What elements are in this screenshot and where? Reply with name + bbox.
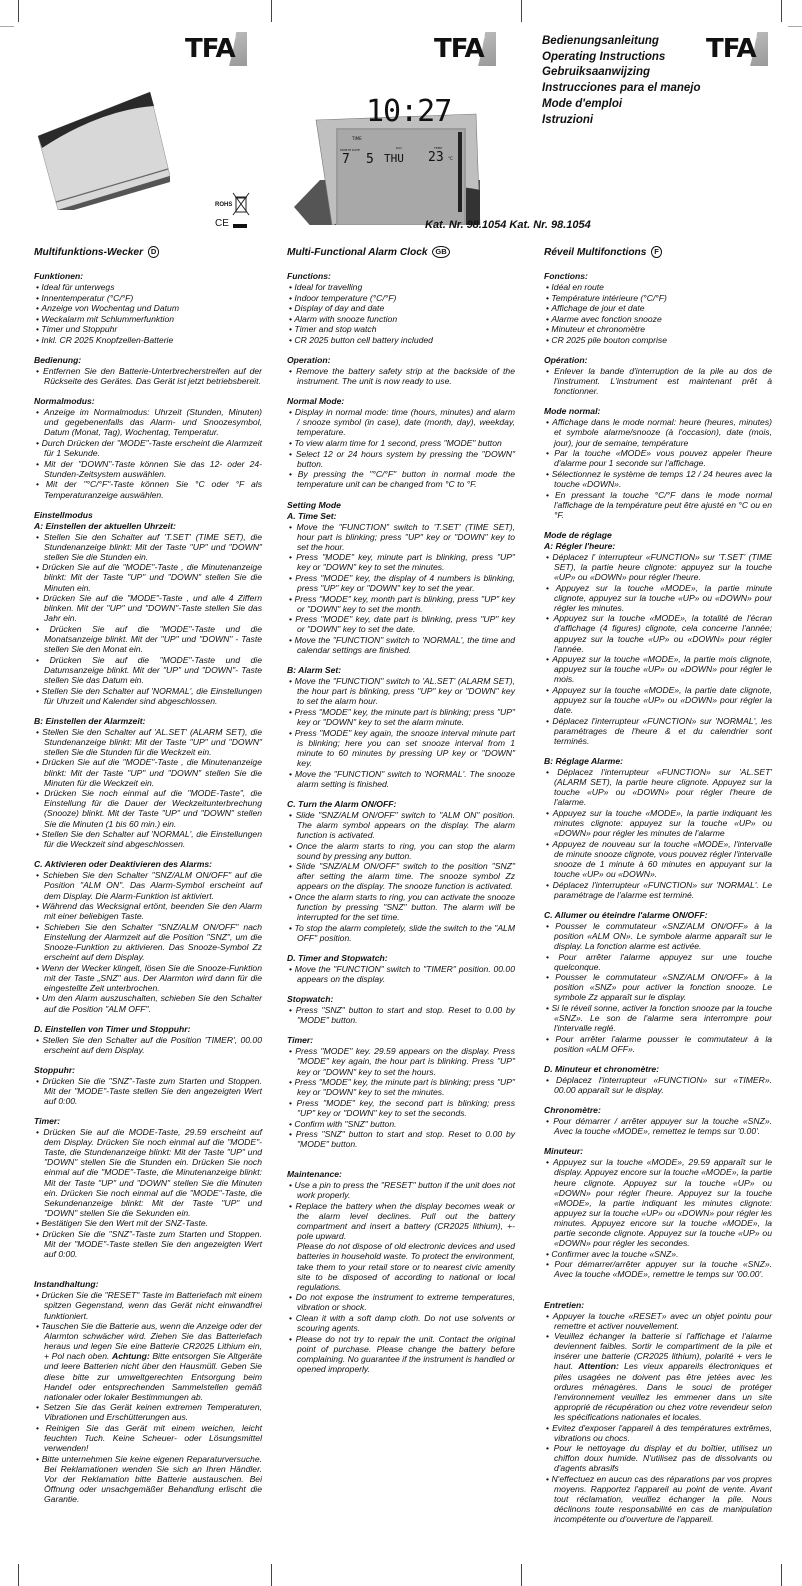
list-item: Bestätigen Sie den Wert mit der SNZ-Tast… — [34, 1218, 262, 1228]
list-item: Display in normal mode: time (hours, min… — [287, 407, 515, 437]
list-item: Press "MODE" key, the display of 4 numbe… — [287, 573, 515, 593]
weee-bar — [233, 224, 247, 228]
list-item: Bitte unternehmen Sie keine eigenen Repa… — [34, 1454, 262, 1504]
lcd-date: 5 — [366, 152, 374, 167]
list-item: Press "SNZ" button to start and stop. Re… — [287, 1005, 515, 1025]
list-item: Drücken Sie die "SNZ"-Taste zum Starten … — [34, 1076, 262, 1106]
lcd-month: 7 — [342, 152, 350, 167]
list-item: Please do not try to repair the unit. Co… — [287, 1334, 515, 1374]
list: Display in normal mode: time (hours, min… — [287, 407, 515, 489]
language-badge: D — [148, 246, 159, 258]
list-item: Ideal für unterwegs — [34, 282, 262, 292]
list-item: Sélectionnez le système de temps 12 / 24… — [544, 469, 772, 489]
lcd-time-label: TIME — [352, 136, 362, 141]
crop-mark — [271, 1564, 272, 1586]
list-item: Remove the battery safety strip at the b… — [287, 366, 515, 386]
closed-clock-image — [30, 92, 170, 210]
heading: Entretien: — [544, 1300, 772, 1311]
feature-list: Ideal for travelling Indoor temperature … — [287, 282, 515, 345]
list-item: Idéal en route — [544, 282, 772, 292]
list-item: Drücken Sie auf die "MODE"-Taste , die M… — [34, 757, 262, 787]
column-german: Multifunktions-Wecker D Funktionen: Idea… — [34, 246, 262, 1514]
list-item: Wenn der Wecker klingelt, lösen Sie die … — [34, 963, 262, 993]
list-item: Weckalarm mit Schlummerfunktion — [34, 314, 262, 324]
subheading: C. Turn the Alarm ON/OFF: — [287, 799, 515, 810]
list-item: Timer und Stoppuhr — [34, 324, 262, 334]
list: Slide "SNZ/ALM ON/OFF" switch to "ALM ON… — [287, 810, 515, 943]
list-item: Press "MODE" key, date part is blinking,… — [287, 614, 515, 634]
heading: Einstellmodus — [34, 510, 262, 521]
list-item: Setzen Sie das Gerät keinen extremen Tem… — [34, 1402, 262, 1422]
list-item: Appuyez sur la touche «MODE», 29.59 appa… — [544, 1157, 772, 1248]
subheading: Chronomètre: — [544, 1105, 772, 1116]
list-item: Pousser le commutateur «SNZ/ALM ON/OFF» … — [544, 921, 772, 951]
crop-mark — [521, 0, 522, 22]
list-item: Once the alarm starts to ring, you can a… — [287, 892, 515, 922]
list: Schieben Sie den Schalter "SNZ/ALM ON/OF… — [34, 870, 262, 1013]
list-item: Pour démarrer / arrêter appuyer sur la t… — [544, 1116, 772, 1136]
heading: Fonctions: — [544, 271, 772, 282]
weee-bin-icon — [232, 192, 250, 220]
subheading: D. Timer and Stopwatch: — [287, 953, 515, 964]
list-item: Display of day and date — [287, 303, 515, 313]
crop-mark — [18, 1564, 19, 1586]
title-en: Operating Instructions — [542, 50, 701, 66]
list-item: Stellen Sie den Schalter auf 'NORMAL', d… — [34, 829, 262, 849]
heading: Normalmodus: — [34, 396, 262, 407]
list-item: Move the "FUNCTION" switch to 'NORMAL', … — [287, 635, 515, 655]
list-item: Timer and stop watch — [287, 324, 515, 334]
list-item: Durch Drücken der "MODE"-Taste erscheint… — [34, 438, 262, 458]
feature-list: Idéal en route Température intérieure (°… — [544, 282, 772, 345]
list-item: Reinigen Sie das Gerät mit einem weichen… — [34, 1423, 262, 1453]
heading: Mode normal: — [544, 406, 772, 417]
list-item: Confirm with "SNZ" button. — [287, 1119, 515, 1129]
list-item: Déplacez l'interrupteur «FUNCTION» sur '… — [544, 716, 772, 746]
list-item: Replace the battery when the display bec… — [287, 1201, 515, 1292]
list-item: Drücken Sie noch einmal auf die "MODE-Ta… — [34, 788, 262, 828]
section-title: Multi-Functional Alarm Clock GB — [287, 246, 515, 259]
list-item: Pour le nettoyage du display et du boîti… — [544, 1443, 772, 1473]
list-item: Mit der "DOWN"-Taste können Sie das 12- … — [34, 459, 262, 479]
list-item: Indoor temperature (°C/°F) — [287, 293, 515, 303]
list-item: Déplacez l'interrupteur «FUNCTION» sur '… — [544, 880, 772, 900]
list-item: Appuyez sur la touche «MODE», la partie … — [544, 583, 772, 613]
lcd-date-label: DATE — [352, 148, 360, 152]
list: Stellen Sie den Schalter auf 'AL.SET' (A… — [34, 727, 262, 850]
list: Drücken Sie die "RESET" Taste im Batteri… — [34, 1290, 262, 1504]
list-item: Température intérieure (°C/°F) — [544, 293, 772, 303]
list: Use a pin to press the "RESET" button if… — [287, 1180, 515, 1374]
list-item: Stellen Sie den Schalter auf 'AL.SET' (A… — [34, 727, 262, 757]
list-item: Pour arrêter l'alarme appuyez sur une to… — [544, 952, 772, 972]
list-item: Mit der "°C/°F"-Taste können Sie °C oder… — [34, 479, 262, 499]
title-fr: Mode d'emploi — [542, 97, 701, 113]
subheading: C. Aktivieren oder Deaktivieren des Alar… — [34, 859, 262, 870]
subheading: D. Einstellen von Timer und Stoppuhr: — [34, 1024, 262, 1035]
list-item: Ideal for travelling — [287, 282, 515, 292]
subheading: B: Einstellen der Alarmzeit: — [34, 716, 262, 727]
subheading: D. Minuteur et chronomètre: — [544, 1064, 772, 1075]
heading: Opération: — [544, 355, 772, 366]
lcd-unit: °C — [448, 156, 453, 161]
list-item: Drücken Sie die "SNZ"-Taste zum Starten … — [34, 1229, 262, 1259]
list-item: Stellen Sie den Schalter auf 'T.SET' (TI… — [34, 532, 262, 562]
list-item: Par la touche «MODE» vous pouvez appeler… — [544, 448, 772, 468]
list-item: Affichage de jour et date — [544, 303, 772, 313]
list-item: Innentemperatur (°C/°F) — [34, 293, 262, 303]
list-item: Pour démarrer/arrêter appuyer sur la tou… — [544, 1259, 772, 1279]
tfa-logo: TFA® — [185, 32, 247, 66]
list-item: Appuyez de nouveau sur la touche «MODE»,… — [544, 839, 772, 879]
list-item: Pour arrêter l'alarme pousser le commuta… — [544, 1034, 772, 1054]
crop-mark — [0, 26, 14, 27]
column-english: Multi-Functional Alarm Clock GB Function… — [287, 246, 515, 1384]
list-item: Clean it with a soft damp cloth. Do not … — [287, 1313, 515, 1333]
list: Appuyer la touche «RESET» avec un objet … — [544, 1311, 772, 1525]
list: Move the "FUNCTION" switch to "TIMER" po… — [287, 964, 515, 984]
list-item: Anzeige von Wochentag und Datum — [34, 303, 262, 313]
subheading: A. Time Set: — [287, 511, 515, 522]
rohs-mark: ROHS — [215, 202, 232, 208]
list-item: Drücken Sie auf die "MODE"-Taste und die… — [34, 655, 262, 685]
list: Press "SNZ" button to start and stop. Re… — [287, 1005, 515, 1025]
list: Press "MODE" key. 29.59 appears on the d… — [287, 1046, 515, 1149]
subheading: A: Einstellen der aktuellen Uhrzeit: — [34, 521, 262, 532]
subheading: B: Réglage Alarme: — [544, 756, 772, 767]
list-item: Drücken Sie die "RESET" Taste im Batteri… — [34, 1290, 262, 1320]
list-item: Pousser le commutateur «SNZ/ALM ON/OFF» … — [544, 972, 772, 1002]
lcd-day: THU — [384, 152, 404, 165]
list-item: Move the "FUNCTION" switch to 'T.SET' (T… — [287, 522, 515, 552]
heading: Mode de réglage — [544, 530, 772, 541]
list-item: Press "MODE" key. 29.59 appears on the d… — [287, 1046, 515, 1076]
list-item: Um den Alarm auszuschalten, schieben Sie… — [34, 993, 262, 1013]
list-item: Déplacez l'interrupteur «FUNCTION» sur «… — [544, 1075, 772, 1095]
heading: Operation: — [287, 355, 515, 366]
subheading: Timer: — [34, 1116, 262, 1127]
list-item: CR 2025 pile bouton comprise — [544, 335, 772, 345]
list: Pour démarrer / arrêter appuyer sur la t… — [544, 1116, 772, 1136]
heading: Funktionen: — [34, 271, 262, 282]
heading: Bedienung: — [34, 355, 262, 366]
tfa-logo: TFA® — [706, 32, 768, 66]
list-item: Alarm with snooze function — [287, 314, 515, 324]
list-item: Drücken Sie auf die "MODE"-Taste , und a… — [34, 593, 262, 623]
list-item: Entfernen Sie den Batterie-Unterbrechers… — [34, 366, 262, 386]
subheading: B: Alarm Set: — [287, 665, 515, 676]
feature-list: Ideal für unterwegs Innentemperatur (°C/… — [34, 282, 262, 345]
title-de: Bedienungsanleitung — [542, 34, 701, 50]
list-item: Alarme avec fonction snooze — [544, 314, 772, 324]
list-item: Use a pin to press the "RESET" button if… — [287, 1180, 515, 1200]
list-item: Inkl. CR 2025 Knopfzellen-Batterie — [34, 335, 262, 345]
list-item: Do not expose the instrument to extreme … — [287, 1292, 515, 1312]
list-item: Slide "SNZ/ALM ON/OFF" switch to "ALM ON… — [287, 810, 515, 840]
crop-mark — [18, 0, 19, 22]
list: Drücken Sie die "SNZ"-Taste zum Starten … — [34, 1076, 262, 1106]
list-item: Veuillez échanger la batterie si l'affic… — [544, 1331, 772, 1422]
list: Appuyez sur la touche «MODE», 29.59 appa… — [544, 1157, 772, 1279]
subheading: Minuteur: — [544, 1146, 772, 1157]
subheading: Stopwatch: — [287, 994, 515, 1005]
subheading: C. Allumer ou éteindre l'alarme ON/OFF: — [544, 910, 772, 921]
list-item: Press "MODE" key again, the snooze inter… — [287, 728, 515, 768]
list: Déplacez l' interrupteur «FUNCTION» sur … — [544, 552, 772, 746]
list-item: To view alarm time for 1 second, press "… — [287, 438, 515, 448]
subheading: Stoppuhr: — [34, 1065, 262, 1076]
crop-mark — [271, 0, 272, 22]
crop-mark — [788, 26, 802, 27]
list-item: By pressing the "°C/°F" button in normal… — [287, 469, 515, 489]
list-item: Press "SNZ" button to start and stop. Re… — [287, 1129, 515, 1149]
tfa-logo: TFA® — [434, 32, 496, 66]
language-badge: F — [651, 246, 662, 258]
manual-titles: Bedienungsanleitung Operating Instructio… — [542, 34, 701, 128]
heading: Functions: — [287, 271, 515, 282]
list-item: Press "MODE" key, the second part is bli… — [287, 1098, 515, 1118]
list-item: Drücken Sie auf die "MODE"-Taste , die M… — [34, 562, 262, 592]
list: Stellen Sie den Schalter auf 'T.SET' (TI… — [34, 532, 262, 706]
language-badge: GB — [432, 246, 449, 258]
list-item: Enlever la bande d'interruption de la pi… — [544, 366, 772, 396]
list-item: Drücken Sie auf die MODE-Taste, 29.59 er… — [34, 1127, 262, 1218]
list: Move the "FUNCTION" switch to 'AL.SET' (… — [287, 676, 515, 789]
lcd-day-label: DAY — [396, 146, 402, 150]
list-item: Move the "FUNCTION" switch to "TIMER" po… — [287, 964, 515, 984]
heading: Setting Mode — [287, 500, 515, 511]
list-item: Select 12 or 24 hours system by pressing… — [287, 449, 515, 469]
list-item: Déplacez l'interrupteur «FUNCTION» sur '… — [544, 767, 772, 807]
list-item: CR 2025 button cell battery included — [287, 335, 515, 345]
list-item: Appuyez sur la touche «MODE», la partie … — [544, 808, 772, 838]
list-item: To stop the alarm completely, slide the … — [287, 923, 515, 943]
list-item: Move the "FUNCTION" switch to 'AL.SET' (… — [287, 676, 515, 706]
list-item: Während das Wecksignal ertönt, beenden S… — [34, 901, 262, 921]
list-item: Schieben Sie den Schalter "SNZ/ALM ON/OF… — [34, 870, 262, 900]
list-item: Tauschen Sie die Batterie aus, wenn die … — [34, 1321, 262, 1402]
crop-mark — [521, 1564, 522, 1586]
list-item: Anzeige im Normalmodus: Uhrzeit (Stunden… — [34, 407, 262, 437]
list-item: Stellen Sie den Schalter auf die Positio… — [34, 1035, 262, 1055]
list: Stellen Sie den Schalter auf die Positio… — [34, 1035, 262, 1055]
list-item: Confirmer avec la touche «SNZ». — [544, 1249, 772, 1259]
list-item: Si le réveil sonne, activer la fonction … — [544, 1003, 772, 1033]
list-item: Evitez d'exposer l'appareil à des tempér… — [544, 1423, 772, 1443]
list-item: Minuteur et chronomètre — [544, 324, 772, 334]
catalog-number: Kat. Nr. 98.1054 Kat. Nr. 98.1054 — [425, 219, 591, 231]
list-item: Schieben Sie den Schalter "SNZ/ALM ON/OF… — [34, 922, 262, 962]
title-es: Instrucciones para el manejo — [542, 81, 701, 97]
subheading: A: Régler l'heure: — [544, 541, 772, 552]
list: Anzeige im Normalmodus: Uhrzeit (Stunden… — [34, 407, 262, 499]
subheading: Timer: — [287, 1035, 515, 1046]
list-item: Affichage dans le mode normal: heure (he… — [544, 417, 772, 447]
list-item: Move the "FUNCTION" switch to 'NORMAL'. … — [287, 769, 515, 789]
list: Affichage dans le mode normal: heure (he… — [544, 417, 772, 519]
heading: Maintenance: — [287, 1169, 515, 1180]
list: Drücken Sie auf die MODE-Taste, 29.59 er… — [34, 1127, 262, 1259]
lcd-temp: 23 — [428, 150, 444, 165]
lcd-time: 10:27 — [366, 94, 451, 129]
list-item: Déplacez l' interrupteur «FUNCTION» sur … — [544, 552, 772, 582]
column-french: Réveil Multifonctions F Fonctions: Idéal… — [544, 246, 772, 1534]
list: Déplacez l'interrupteur «FUNCTION» sur «… — [544, 1075, 772, 1095]
section-title: Réveil Multifonctions F — [544, 246, 772, 259]
list-item: Drücken Sie auf die "MODE"-Taste und die… — [34, 624, 262, 654]
list-item: En pressant la touche °C/°F dans le mode… — [544, 490, 772, 520]
list-item: Press "MODE" key, the minute part is bli… — [287, 1077, 515, 1097]
list: Déplacez l'interrupteur «FUNCTION» sur '… — [544, 767, 772, 900]
crop-mark — [781, 1564, 782, 1586]
list-item: Appuyez sur la touche «MODE», la totalit… — [544, 613, 772, 653]
list-item: Once the alarm starts to ring, you can s… — [287, 841, 515, 861]
list-item: Press "MODE" key, the minute part is bli… — [287, 707, 515, 727]
list-item: N'effectuez en aucun cas des réparations… — [544, 1474, 772, 1524]
list-item: Appuyer la touche «RESET» avec un objet … — [544, 1311, 772, 1331]
list-item: Stellen Sie den Schalter auf 'NORMAL', d… — [34, 686, 262, 706]
list-item: Press "MODE" key, minute part is blinkin… — [287, 552, 515, 572]
title-nl: Gebruiksaanwijzing — [542, 65, 701, 81]
heading: Instandhaltung: — [34, 1279, 262, 1290]
list-item: Appuyez sur la touche «MODE», la partie … — [544, 654, 772, 684]
list: Entfernen Sie den Batterie-Unterbrechers… — [34, 366, 262, 386]
list-item: Appuyez sur la touche «MODE», la partie … — [544, 685, 772, 715]
list: Remove the battery safety strip at the b… — [287, 366, 515, 386]
heading: Normal Mode: — [287, 396, 515, 407]
list-item: Press "MODE" key, month part is blinking… — [287, 594, 515, 614]
list-item: Slide "SNZ/ALM ON/OFF" switch to the pos… — [287, 861, 515, 891]
title-it: Istruzioni — [542, 113, 701, 129]
crop-mark — [781, 0, 782, 22]
list: Move the "FUNCTION" switch to 'T.SET' (T… — [287, 522, 515, 656]
list: Enlever la bande d'interruption de la pi… — [544, 366, 772, 396]
ce-mark: CE — [215, 218, 229, 229]
section-title: Multifunktions-Wecker D — [34, 246, 262, 259]
list: Pousser le commutateur «SNZ/ALM ON/OFF» … — [544, 921, 772, 1054]
